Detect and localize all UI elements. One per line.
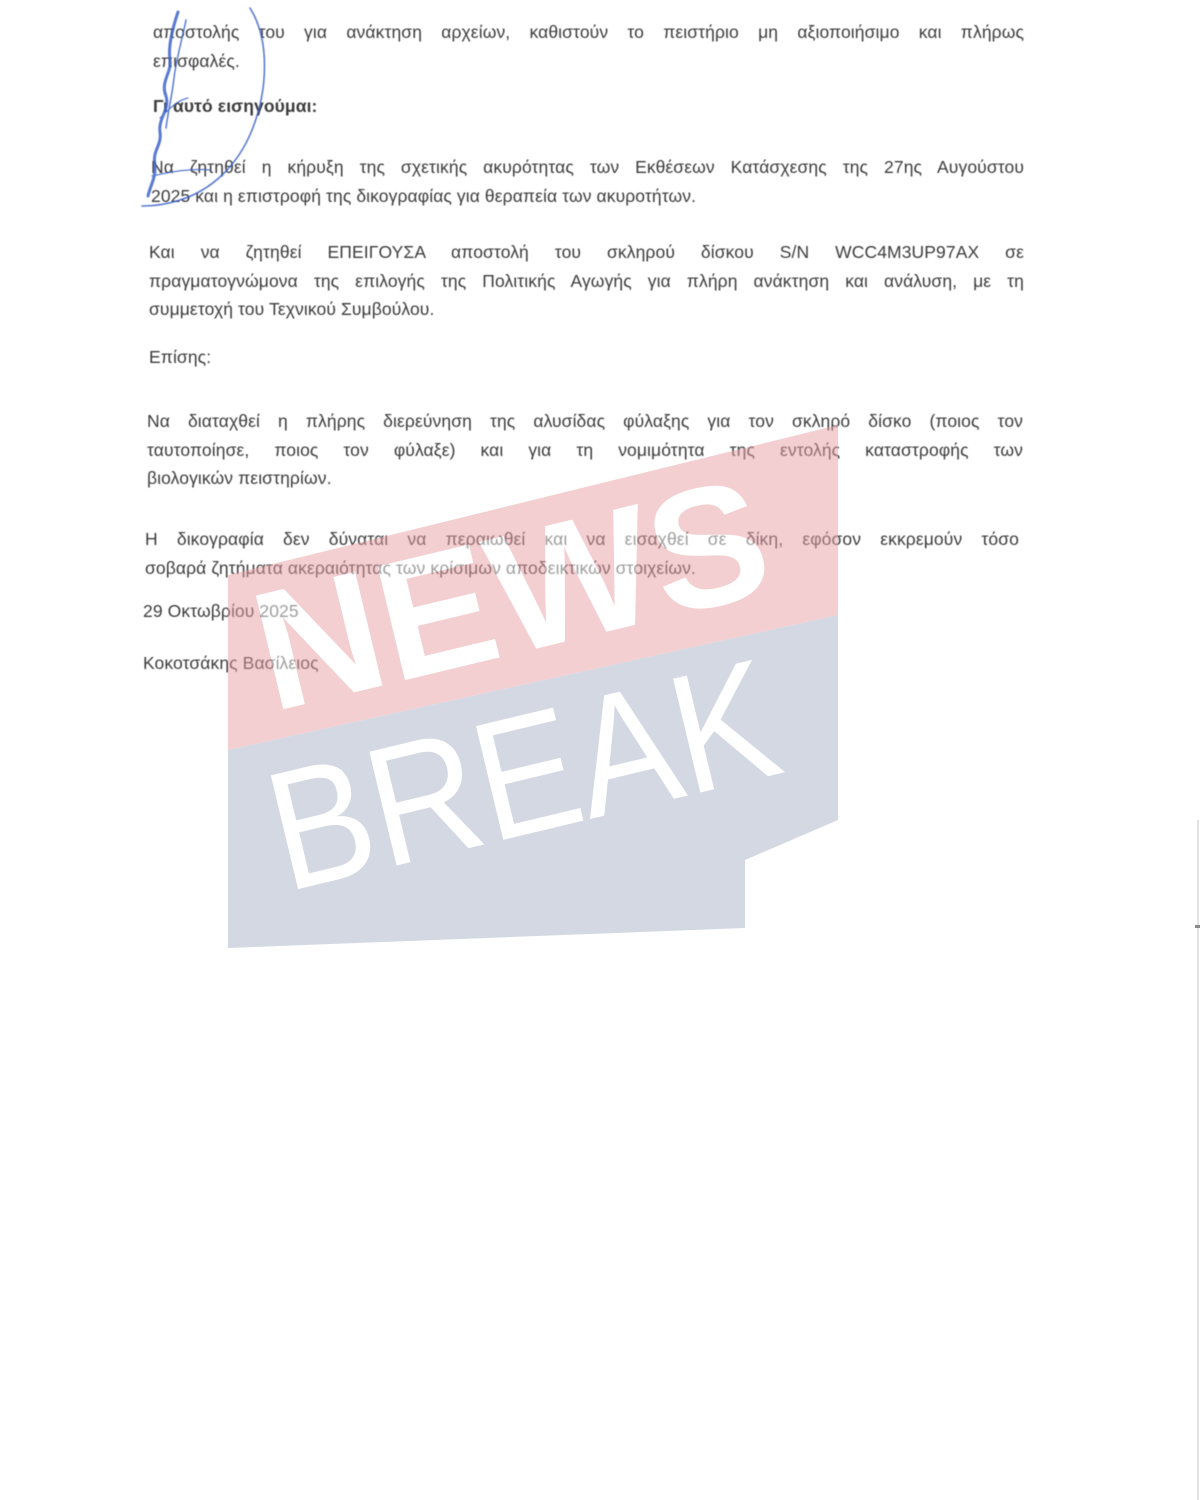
text-line: Η δικογραφία δεν δύναται να περαιωθεί κα…: [145, 525, 1019, 554]
document-page: αποστολής του για ανάκτηση αρχείων, καθι…: [0, 0, 1200, 1500]
document-date: 29 Οκτωβρίου 2025: [143, 597, 1019, 626]
paragraph-request-investigation: Να διαταχθεί η πλήρης διερεύνηση της αλυ…: [147, 407, 1023, 493]
heading-proposal: Γι αυτό εισηγούμαι:: [153, 92, 1029, 121]
text-line: Γι αυτό εισηγούμαι:: [153, 92, 1029, 121]
text-line: αποστολής του για ανάκτηση αρχείων, καθι…: [153, 18, 1024, 47]
text-line: ταυτοποίησε, ποιος τον φύλαξε) και για τ…: [147, 436, 1023, 465]
paragraph-conclusion: Η δικογραφία δεν δύναται να περαιωθεί κα…: [145, 525, 1019, 582]
text-line: βιολογικών πειστηρίων.: [147, 464, 1023, 493]
paragraph-request-annulment: Να ζητηθεί η κήρυξη της σχετικής ακυρότη…: [151, 153, 1024, 210]
text-line: 2025 και η επιστροφή της δικογραφίας για…: [151, 182, 1024, 211]
signatory-name: Κοκοτσάκης Βασίλειος: [143, 649, 1019, 678]
text-line: Κοκοτσάκης Βασίλειος: [143, 649, 1019, 678]
page-edge-divider: [1197, 820, 1199, 1500]
text-line: Να διαταχθεί η πλήρης διερεύνηση της αλυ…: [147, 407, 1023, 436]
text-line: 29 Οκτωβρίου 2025: [143, 597, 1019, 626]
paragraph-request-urgent-dispatch: Και να ζητηθεί ΕΠΕΙΓΟΥΣΑ αποστολή του σκ…: [149, 238, 1024, 324]
also-heading: Επίσης:: [149, 343, 1025, 372]
page-edge-mark: [1195, 925, 1200, 928]
text-line: Και να ζητηθεί ΕΠΕΙΓΟΥΣΑ αποστολή του σκ…: [149, 238, 1024, 267]
text-line: επισφαλές.: [153, 47, 1024, 76]
text-line: σοβαρά ζητήματα ακεραιότητας των κρίσιμω…: [145, 554, 1019, 583]
text-line: συμμετοχή του Τεχνικού Συμβούλου.: [149, 295, 1024, 324]
text-line: Επίσης:: [149, 343, 1025, 372]
text-line: πραγματογνώμονα της επιλογής της Πολιτικ…: [149, 267, 1024, 296]
paragraph-continuation: αποστολής του για ανάκτηση αρχείων, καθι…: [153, 18, 1024, 75]
text-line: Να ζητηθεί η κήρυξη της σχετικής ακυρότη…: [151, 153, 1024, 182]
